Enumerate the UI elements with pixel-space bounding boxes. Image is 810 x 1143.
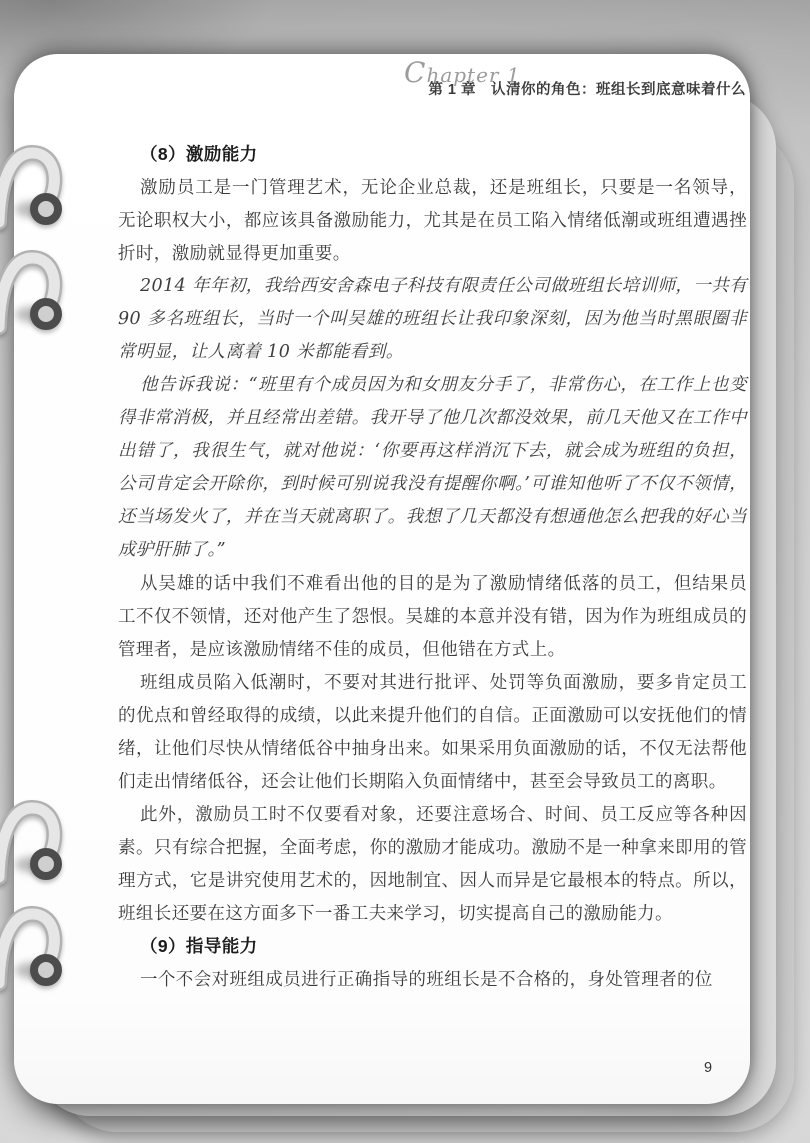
paragraph: 从吴雄的话中我们不难看出他的目的是为了激励情绪低落的员工，但结果员工不仅不领情，… — [118, 567, 747, 666]
book-scene: Chapter 1 第 1 章 认清你的角色：班组长到底意味着什么 （8）激励能… — [0, 0, 810, 1143]
binder-ring-icon — [0, 249, 70, 351]
paragraph: 一个不会对班组成员进行正确指导的班组长是不合格的，身处管理者的位 — [118, 963, 747, 996]
binder-ring-icon — [0, 799, 70, 901]
section-heading: （9）指导能力 — [118, 930, 747, 963]
binder-ring-icon — [0, 905, 70, 1007]
section-heading: （8）激励能力 — [118, 138, 747, 171]
paragraph: 班组成员陷入低潮时，不要对其进行批评、处罚等负面激励，要多肯定员工的优点和曾经取… — [118, 666, 747, 798]
chapter-title: 第 1 章 认清你的角色：班组长到底意味着什么 — [428, 78, 746, 99]
paragraph: 激励员工是一门管理艺术，无论企业总裁，还是班组长，只要是一名领导，无论职权大小，… — [118, 171, 747, 270]
paragraph: 他告诉我说：“班里有个成员因为和女朋友分手了，非常伤心，在工作上也变得非常消极，… — [118, 369, 747, 567]
page-content: （8）激励能力激励员工是一门管理艺术，无论企业总裁，还是班组长，只要是一名领导，… — [118, 138, 747, 996]
book-page: Chapter 1 第 1 章 认清你的角色：班组长到底意味着什么 （8）激励能… — [14, 54, 750, 1104]
paragraph: 此外，激励员工时不仅要看对象，还要注意场合、时间、员工反应等各种因素。只有综合把… — [118, 798, 747, 930]
paragraph: 2014 年年初，我给西安舍森电子科技有限责任公司做班组长培训师，一共有 90 … — [118, 270, 747, 369]
page-number: 9 — [704, 1060, 712, 1076]
binder-ring-icon — [0, 144, 70, 246]
